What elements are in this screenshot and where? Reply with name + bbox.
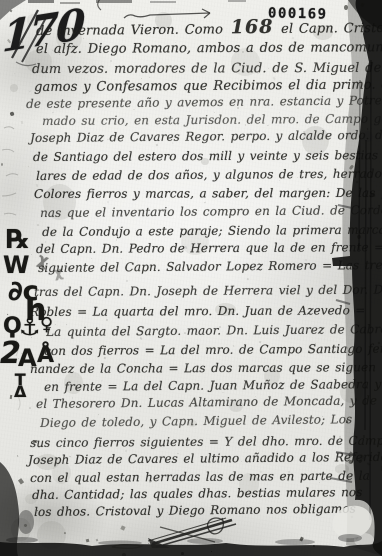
crossed-r-brand: ℞ <box>6 230 29 250</box>
anchor-brand: ⚓ <box>19 318 41 337</box>
margin-brand-marks: ℞Wχχ∂chϘ⚓♀2AÅT Δ <box>0 0 382 556</box>
w-brand: W <box>3 256 29 275</box>
hook-brand: ♀ <box>40 318 53 332</box>
manuscript-page: 170 000169 de invernada Vieron. Como 168… <box>0 0 382 556</box>
stick-figure-brand: Å <box>37 347 54 364</box>
a-brand: A <box>18 349 37 368</box>
funnel-brand: T Δ <box>14 374 26 399</box>
x-flourish-2: χ <box>53 267 64 279</box>
x-flourish: χ <box>36 253 50 268</box>
